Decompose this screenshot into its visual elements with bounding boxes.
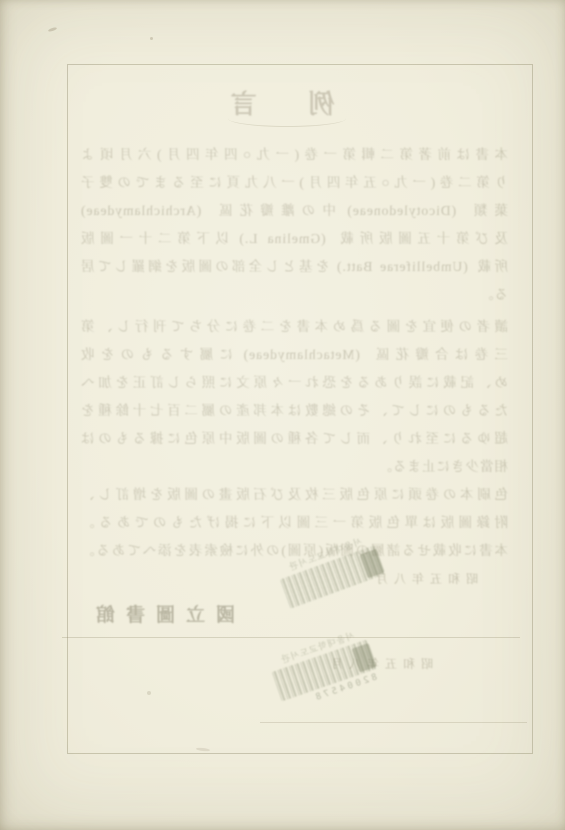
pencil-arc-mark (228, 110, 346, 127)
bleedthrough-text-line: たるものにして、その總數は本邦產の屬二百七十餘種を (80, 397, 508, 425)
bleedthrough-text-line: る。 (80, 281, 508, 309)
bleedthrough-barcode-sticker-2: 서울대학교도서관 82004578 (255, 625, 380, 717)
paper-speck (150, 37, 153, 40)
bleedthrough-paragraph-1: 本書は前著第二輯第一卷(一九○四年四月)六月頃よ り第二卷(一九○五年四月)一八… (80, 141, 508, 309)
bleedthrough-text-line: 相當少きに止まる。 (80, 453, 508, 481)
bleedthrough-paragraph-3: 色刷本の卷頭に原色版三枚及び石版畫の圖版を增訂し、 附錄圖版は單色版第一三圖以下… (80, 481, 508, 537)
bleedthrough-text-line: 本書は前著第二輯第一卷(一九○四年四月)六月頃よ (80, 141, 508, 169)
bleedthrough-text-line: 附錄圖版は單色版第一三圖以下に揭げたものである。 (80, 509, 508, 537)
bleedthrough-text-line: 三卷は合瓣花區 (Metachlamydeae) に屬するものを收 (80, 341, 508, 369)
bleedthrough-date-line-1: 昭和五年八月 (370, 570, 478, 587)
bleedthrough-text-line: 色刷本の卷頭に原色版三枚及び石版畫の圖版を增訂し、 (80, 481, 508, 509)
bleedthrough-text-line: 超ゆるに至れり、而して各種の圖版中原色に據るものは (80, 425, 508, 453)
bleedthrough-text-line: り第二卷(一九○五年四月)一八九頁に至るまでの雙子 (80, 169, 508, 197)
bleedthrough-text-line: 讀者の便宜を圖る爲め本書を二卷に分ちて刊行し、第 (80, 313, 508, 341)
bleedthrough-library-stamp: 國立圖書館 (85, 600, 235, 627)
bleedthrough-text-line: 葉類 (Dicotyledoneae) 中の離瓣花區 (Archichlamyd… (80, 197, 508, 225)
bleedthrough-text-line: 及び第十五圖版所載 (Gmelina L.) 以下第二十一圖版 (80, 225, 508, 253)
bleedthrough-paragraph-2: 讀者の便宜を圖る爲め本書を二卷に分ちて刊行し、第 三卷は合瓣花區 (Metach… (80, 313, 508, 481)
bleedthrough-text-line: 所載 (Umbelliferae Batt.) を基とし全部の圖版を網羅して居 (80, 253, 508, 281)
paper-speck (147, 691, 151, 695)
barcode-logo-block (351, 643, 376, 672)
scanned-book-page: 例言 本書は前著第二輯第一卷(一九○四年四月)六月頃よ り第二卷(一九○五年四月… (0, 0, 565, 830)
bleedthrough-text-line: め、記載に誤りあるを恐れ一々原文に照らし訂正を加へ (80, 369, 508, 397)
